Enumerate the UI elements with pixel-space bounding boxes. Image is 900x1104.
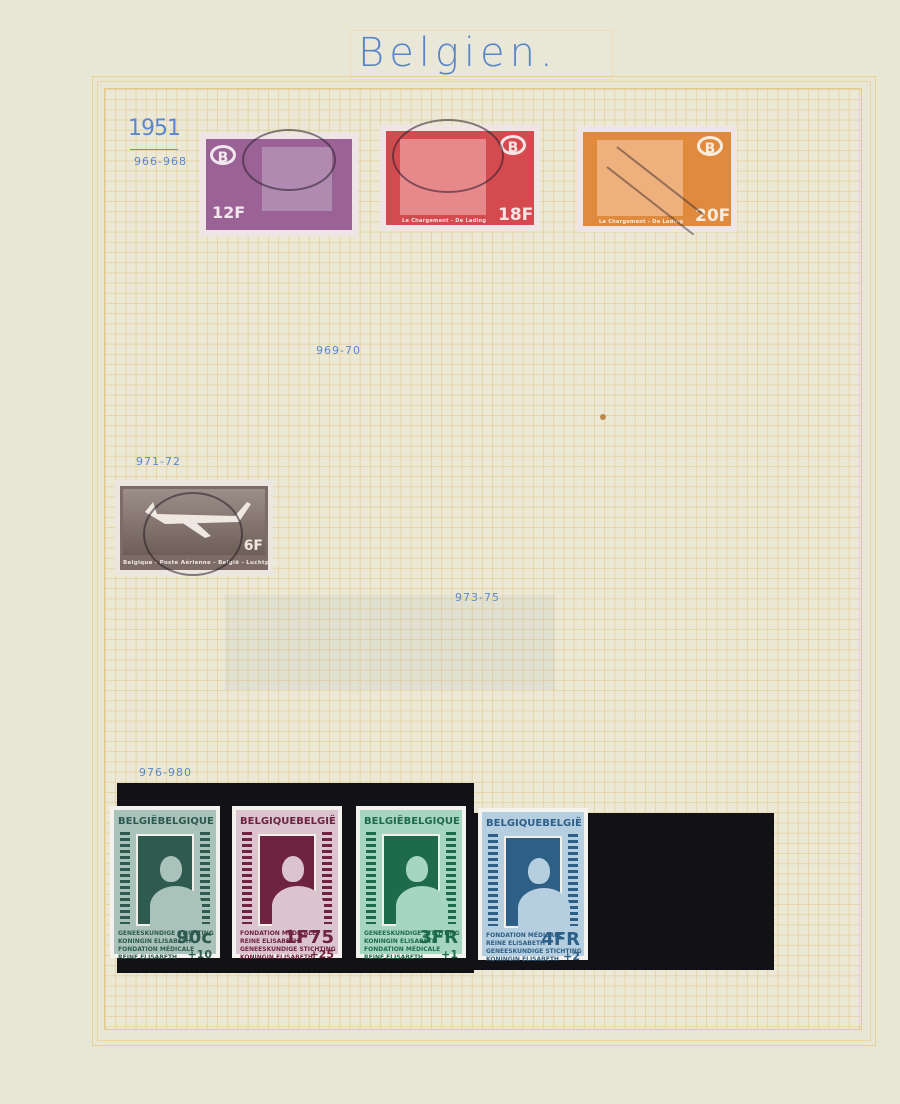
stamp-country-right: BELGIË: [542, 818, 582, 829]
railway-logo-icon: B: [500, 135, 526, 155]
stamp-denomination: 3FR+1: [419, 927, 458, 961]
ornament-border: [242, 832, 252, 924]
catalog-range-label: 969-70: [316, 344, 361, 357]
stamp-caption: Le Chargement - De Lading: [599, 219, 683, 225]
stamp-country-left: BELGIQUE: [240, 816, 296, 827]
stamp-parcel-12f[interactable]: B 12F: [200, 133, 358, 236]
queen-portrait-icon: [396, 852, 438, 912]
queen-portrait-icon: [272, 852, 314, 912]
stamp-country-right: BELGIQUE: [158, 816, 214, 827]
stamp-denomination: 6F: [244, 538, 263, 554]
year-label: 1951: [128, 116, 180, 141]
postmark: [143, 492, 243, 576]
stamp-denomination: 12F: [212, 203, 245, 222]
stamp-denomination: 4FR+2: [541, 929, 580, 963]
stamp-design: BELGIËBELGIQUEGENEESKUNDIGE STICHTING KO…: [360, 810, 462, 954]
ornament-border: [488, 834, 498, 926]
stamp-surcharge: +1: [419, 948, 458, 961]
paper-spot: [600, 414, 606, 420]
catalog-range-label: 976-980: [139, 766, 192, 779]
stamp-caption: Le Chargement - De Lading: [402, 218, 486, 224]
catalog-range-label: 971-72: [136, 455, 181, 468]
portrait-frame: [382, 834, 440, 926]
catalog-range-label: 966-968: [134, 155, 187, 168]
stamp-airmail-6f[interactable]: 6F Belgique - Poste Aérienne - België - …: [115, 480, 273, 576]
stamp-header: BELGIËBELGIQUE: [118, 816, 212, 827]
stamp-design: BELGIËBELGIQUEGENEESKUNDIGE STICHTING KO…: [114, 810, 216, 954]
stamp-country-left: BELGIË: [118, 816, 158, 827]
stamp-denomination: 1F75+25: [284, 927, 334, 961]
stamp-scene: [597, 140, 683, 216]
queen-portrait-icon: [150, 852, 192, 912]
stamp-queen-elisabeth[interactable]: BELGIËBELGIQUEGENEESKUNDIGE STICHTING KO…: [356, 806, 466, 958]
stamp-header: BELGIQUEBELGIË: [240, 816, 334, 827]
postmark: [242, 129, 336, 191]
stamp-parcel-20f[interactable]: B 20F Le Chargement - De Lading: [577, 126, 737, 232]
railway-logo-icon: B: [210, 145, 236, 165]
stamp-queen-elisabeth[interactable]: BELGIQUEBELGIËFONDATION MÉDICALE REINE E…: [232, 806, 342, 958]
stamp-country-left: BELGIQUE: [486, 818, 542, 829]
year-underline: [130, 149, 178, 150]
portrait-frame: [136, 834, 194, 926]
ornament-border: [120, 832, 130, 924]
stamp-design: BELGIQUEBELGIËFONDATION MÉDICALE REINE E…: [236, 810, 338, 954]
stamp-surcharge: +10: [176, 948, 212, 961]
stamp-surcharge: +25: [284, 948, 334, 961]
page-title: Belgien.: [358, 30, 558, 76]
stamp-queen-elisabeth[interactable]: BELGIQUEBELGIËFONDATION MÉDICALE REINE E…: [478, 808, 588, 960]
stamp-country-right: BELGIË: [296, 816, 336, 827]
stamp-country-left: BELGIË: [364, 816, 404, 827]
stamp-header: BELGIËBELGIQUE: [364, 816, 458, 827]
railway-logo-icon: B: [697, 136, 723, 156]
postmark: [392, 119, 504, 193]
portrait-frame: [504, 836, 562, 928]
stamp-header: BELGIQUEBELGIË: [486, 818, 580, 829]
portrait-frame: [258, 834, 316, 926]
stamp-design: BELGIQUEBELGIËFONDATION MÉDICALE REINE E…: [482, 812, 584, 956]
stamp-denomination: 18F: [498, 205, 533, 225]
stamp-country-right: BELGIQUE: [404, 816, 460, 827]
stamp-denomination: 20F: [695, 206, 730, 226]
stamp-parcel-18f[interactable]: B 18F Le Chargement - De Lading: [380, 125, 540, 231]
queen-portrait-icon: [518, 854, 560, 914]
stamp-queen-elisabeth[interactable]: BELGIËBELGIQUEGENEESKUNDIGE STICHTING KO…: [110, 806, 220, 958]
stamp-surcharge: +2: [541, 950, 580, 963]
stamp-denomination: 90c+10: [176, 927, 212, 961]
empty-stamp-space: [225, 595, 555, 690]
ornament-border: [366, 832, 376, 924]
album-page: Belgien. 1951 966-968 969-70 971-72 973-…: [0, 0, 900, 1104]
